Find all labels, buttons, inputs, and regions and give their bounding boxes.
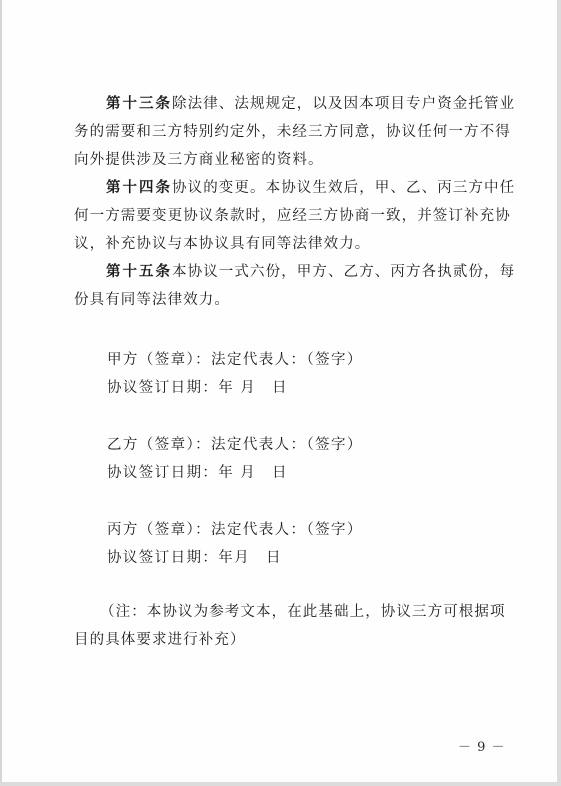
article-14-line-1: 第十四条协议的变更。本协议生效后，甲、乙、丙三方中任 (106, 178, 515, 198)
page-edge-bottom (0, 782, 561, 786)
article-14-text: 协议的变更。本协议生效后，甲、乙、丙三方中任 (172, 180, 515, 196)
article-14-line-2: 何一方需要变更协议条款时，应经三方协商一致，并签订补充协 (74, 206, 511, 226)
article-13-text: 除法律、法规规定，以及因本项目专户资金托管业 (172, 96, 515, 112)
article-15-heading: 第十五条 (106, 263, 172, 280)
page-edge-right (557, 0, 561, 786)
signature-date-c: 协议签订日期：年月 日 (107, 548, 282, 568)
signature-party-b: 乙方（签章）：法定代表人：（签字） (107, 435, 363, 455)
article-15-text: 本协议一式六份，甲方、乙方、丙方各执贰份，每 (172, 264, 515, 280)
article-14-line-3: 议，补充协议与本协议具有同等法律效力。 (74, 234, 370, 254)
article-13-line-3: 向外提供涉及三方商业秘密的资料。 (74, 150, 324, 170)
signature-date-b: 协议签订日期：年 月 日 (107, 463, 288, 483)
article-15-line-2: 份具有同等法律效力。 (74, 290, 230, 310)
signature-party-a: 甲方（签章）：法定代表人：（签字） (107, 350, 363, 370)
signature-party-c: 丙方（签章）：法定代表人：（签字） (107, 520, 363, 540)
note-line-1: （注：本协议为参考文本，在此基础上，协议三方可根据项 (100, 602, 506, 622)
note-line-2: 目的具体要求进行补充） (74, 630, 246, 650)
page-number: － 9 － (458, 739, 506, 757)
page-edge-left (0, 0, 2, 786)
article-15-line-1: 第十五条本协议一式六份，甲方、乙方、丙方各执贰份，每 (106, 262, 515, 282)
signature-date-a: 协议签订日期：年 月 日 (107, 378, 288, 398)
article-13-line-2: 务的需要和三方特别约定外，未经三方同意，协议任何一方不得 (74, 122, 511, 142)
document-page: 第十三条除法律、法规规定，以及因本项目专户资金托管业 务的需要和三方特别约定外，… (0, 0, 561, 786)
article-13-heading: 第十三条 (106, 95, 172, 112)
article-14-heading: 第十四条 (106, 179, 172, 196)
article-13-line-1: 第十三条除法律、法规规定，以及因本项目专户资金托管业 (106, 94, 515, 114)
